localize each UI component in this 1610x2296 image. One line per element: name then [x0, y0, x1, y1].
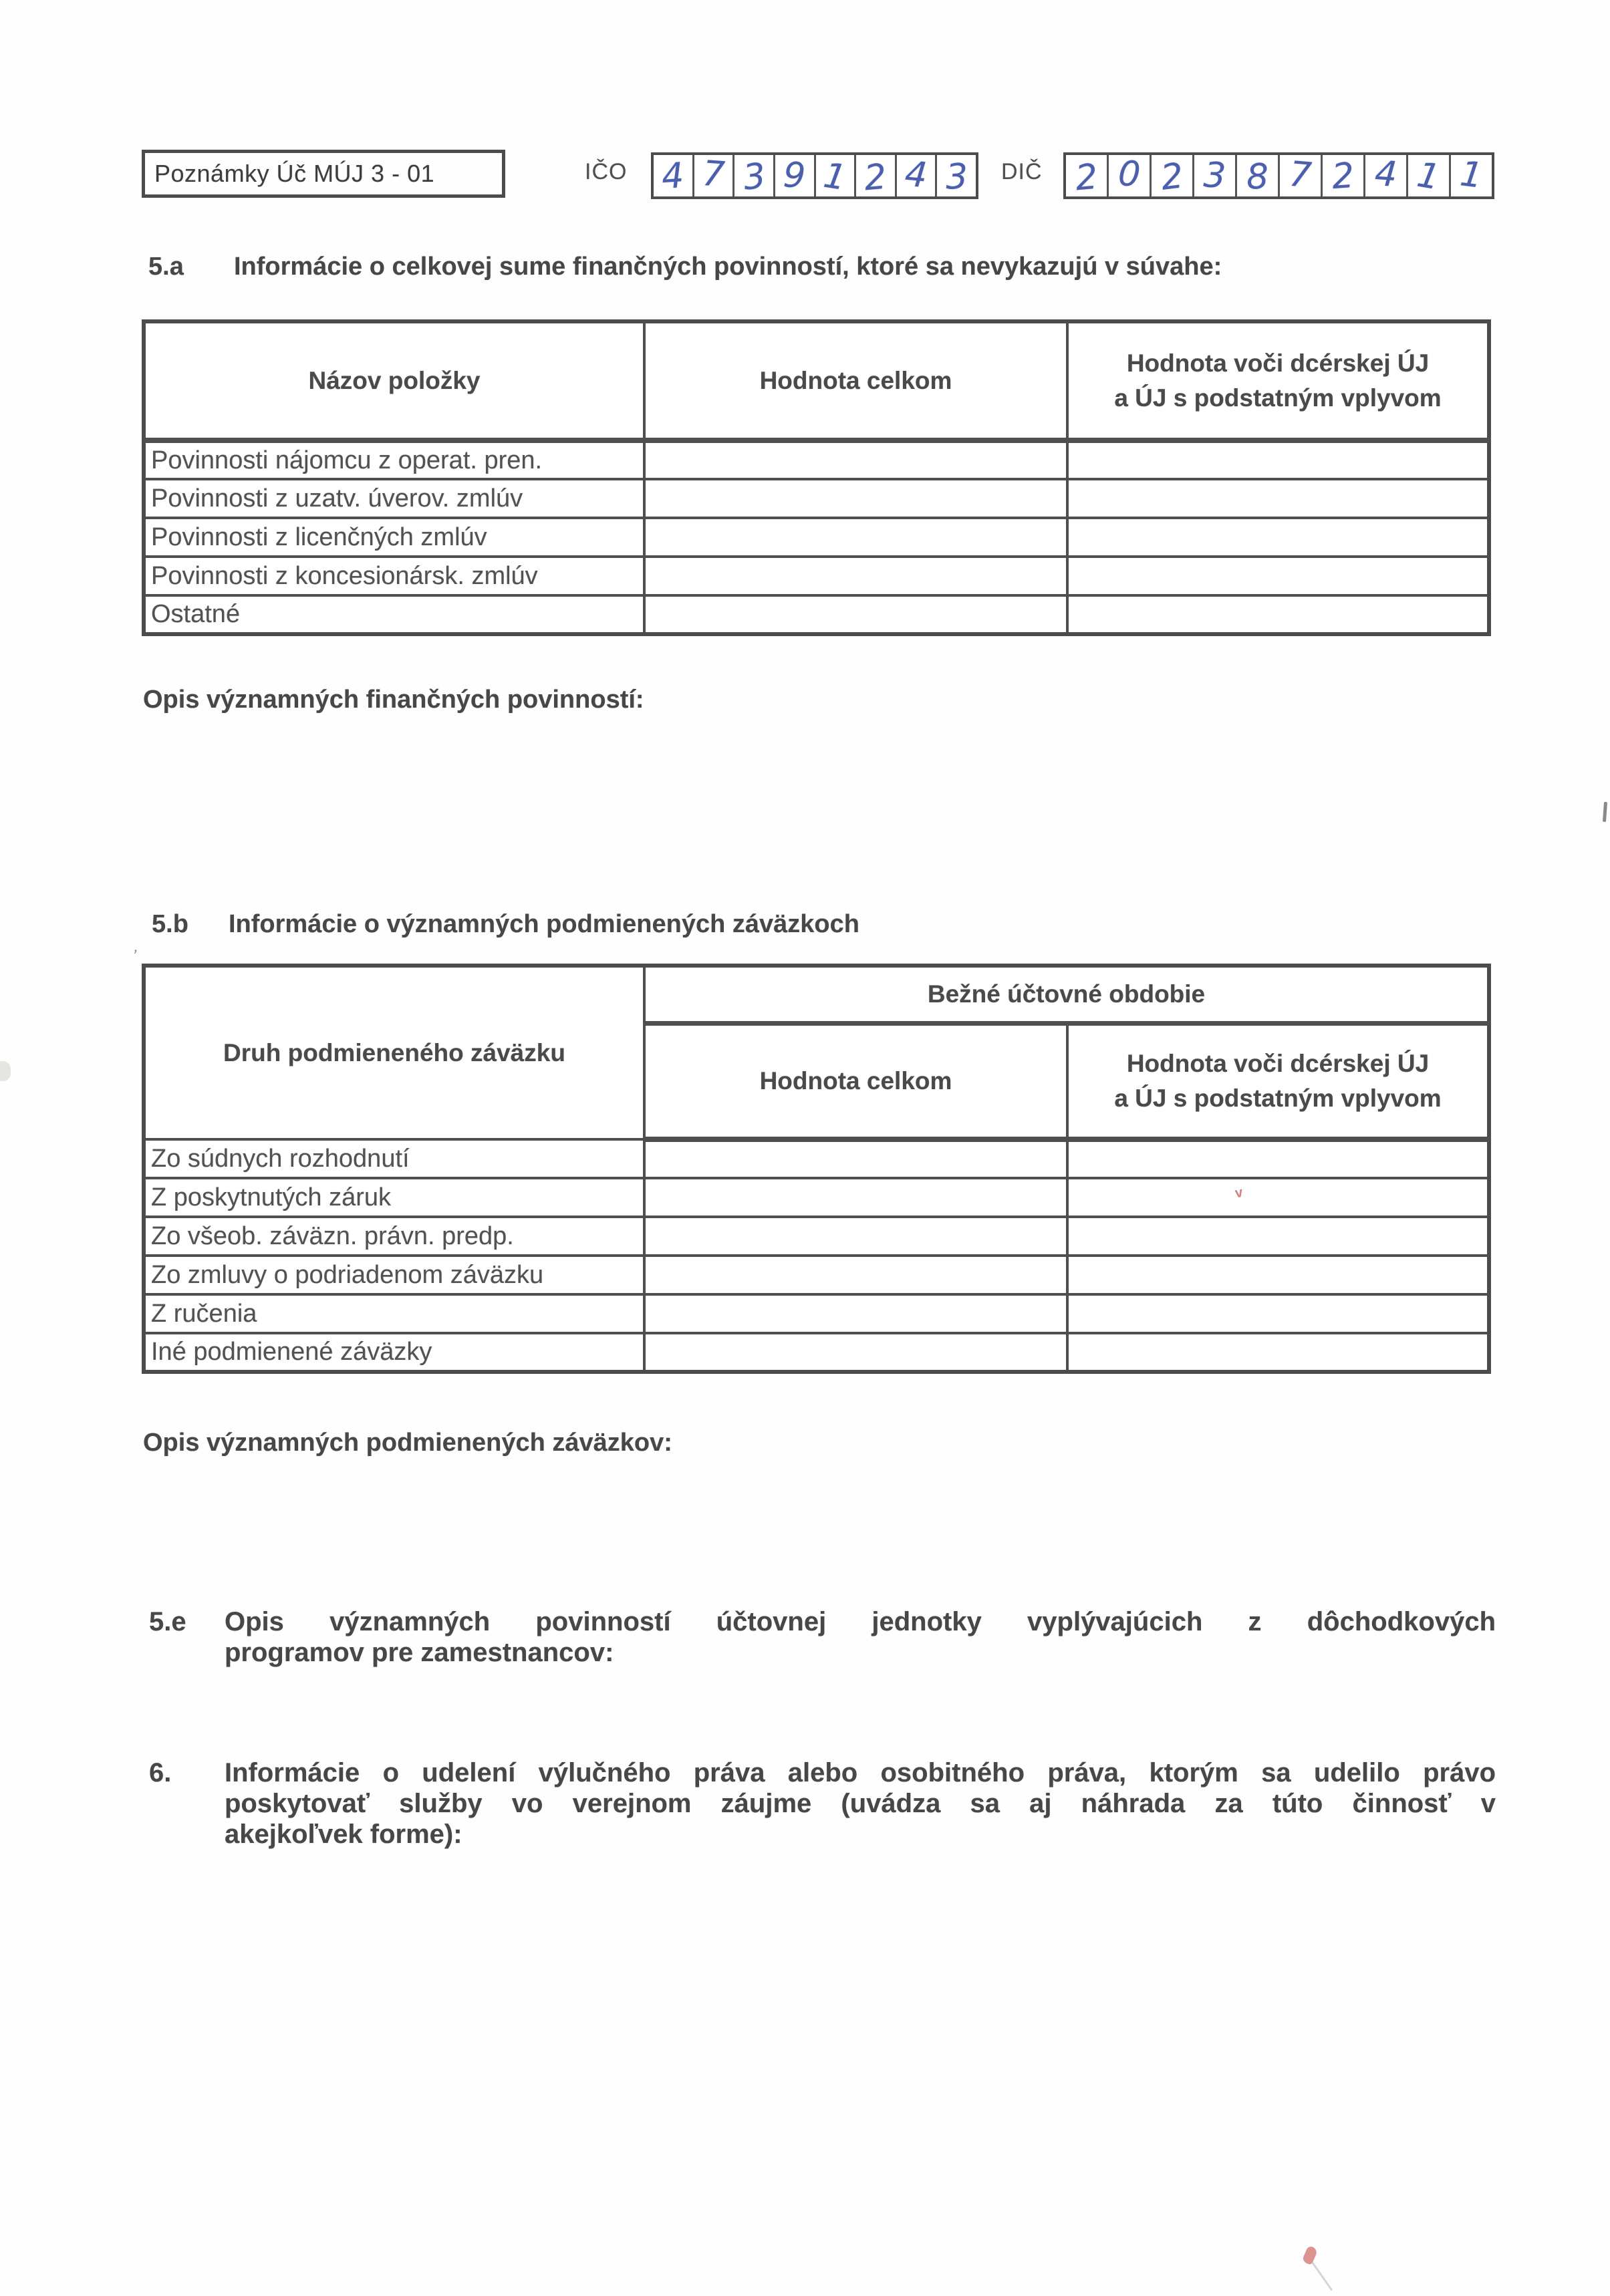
- section-5a-title: Informácie o celkovej sume finančných po…: [234, 253, 1222, 281]
- section-5e-line2: programov pre zamestnancov:: [225, 1637, 614, 1668]
- ico-digit-cell: 4: [654, 155, 694, 196]
- row-label: Povinnosti z licenčných zmlúv: [144, 518, 644, 557]
- pen-mark-tail: [1311, 2261, 1333, 2291]
- value-cell: [644, 479, 1067, 518]
- handwritten-digit: 2: [1074, 157, 1099, 199]
- handwritten-digit: 3: [741, 156, 767, 198]
- ico-digit-cell: 2: [856, 155, 897, 196]
- row-label: Povinnosti z koncesionársk. zmlúv: [144, 557, 644, 595]
- handwritten-digit: 9: [783, 155, 807, 196]
- value-cell: [644, 1217, 1067, 1256]
- table-row: Zo všeob. záväzn. právn. predp.: [144, 1217, 1489, 1256]
- column-header-line: a ÚJ s podstatným vplyvom: [1069, 1081, 1486, 1116]
- table-row: Z ručenia: [144, 1294, 1489, 1333]
- column-header: Druh podmieneného záväzku: [144, 966, 644, 1139]
- ico-digit-grid: 4 7 3 9 1 2 4 3: [651, 152, 978, 199]
- form-code-label: Poznámky Úč MÚJ 3 - 01: [154, 160, 434, 187]
- value-cell: [1067, 479, 1489, 518]
- column-header: Hodnota voči dcérskej ÚJ a ÚJ s podstatn…: [1067, 1023, 1489, 1139]
- handwritten-digit: 3: [945, 156, 968, 197]
- description-heading-contingent: Opis významných podmienených záväzkov:: [143, 1429, 672, 1457]
- value-cell: [1067, 1139, 1489, 1178]
- row-label: Zo zmluvy o podriadenom záväzku: [144, 1256, 644, 1294]
- handwritten-digit: 1: [821, 156, 849, 198]
- value-cell: [1067, 1333, 1489, 1372]
- value-cell: [1067, 1294, 1489, 1333]
- dic-digit-cell: 2: [1066, 155, 1109, 196]
- handwritten-digit: 8: [1246, 156, 1269, 197]
- ico-digit-cell: 1: [816, 155, 857, 196]
- section-6-line1: Informácie o udelení výlučného práva ale…: [225, 1757, 1496, 1788]
- handwritten-digit: 4: [1373, 154, 1398, 195]
- section-5e-line1: Opis významných povinností účtovnej jedn…: [225, 1606, 1496, 1637]
- value-cell: [644, 557, 1067, 595]
- dic-digit-cell: 2: [1323, 155, 1365, 196]
- table-row: Zo zmluvy o podriadenom záväzku: [144, 1256, 1489, 1294]
- table-row: Iné podmienené záväzky: [144, 1333, 1489, 1372]
- financial-obligations-table: Názov položky Hodnota celkom Hodnota voč…: [142, 319, 1491, 636]
- column-header: Hodnota celkom: [644, 321, 1067, 440]
- dic-digit-cell: 1: [1408, 155, 1451, 196]
- ico-digit-cell: 9: [775, 155, 816, 196]
- column-header-line: a ÚJ s podstatným vplyvom: [1069, 381, 1486, 416]
- handwritten-digit: 2: [863, 157, 888, 199]
- value-cell: [1067, 1217, 1489, 1256]
- handwritten-digit: 2: [1159, 156, 1186, 198]
- dic-digit-cell: 7: [1280, 155, 1323, 196]
- handwritten-digit: 7: [701, 154, 726, 195]
- section-5a-number: 5.a: [148, 253, 184, 281]
- ico-digit-cell: 4: [897, 155, 938, 196]
- dic-digit-cell: 3: [1194, 155, 1237, 196]
- section-5e-number: 5.e: [149, 1606, 186, 1637]
- section-6-line3: akejkoľvek forme):: [225, 1819, 462, 1850]
- row-label: Zo všeob. záväzn. právn. predp.: [144, 1217, 644, 1256]
- row-label: Z ručenia: [144, 1294, 644, 1333]
- period-header: Bežné účtovné obdobie: [644, 966, 1489, 1023]
- table-row: Povinnosti z licenčných zmlúv: [144, 518, 1489, 557]
- value-cell: [644, 440, 1067, 479]
- table-row: Povinnosti nájomcu z operat. pren.: [144, 440, 1489, 479]
- ico-label: IČO: [585, 159, 627, 185]
- handwritten-digit: 2: [1331, 156, 1355, 197]
- value-cell: [644, 1178, 1067, 1217]
- table-row: Povinnosti z uzatv. úverov. zmlúv: [144, 479, 1489, 518]
- value-cell: [1067, 1256, 1489, 1294]
- value-cell: [644, 518, 1067, 557]
- value-cell: [1067, 440, 1489, 479]
- value-cell: [1067, 557, 1489, 595]
- value-cell: [1067, 595, 1489, 634]
- value-cell: [1067, 1178, 1489, 1217]
- scan-speck-comma: ʼ: [130, 946, 138, 967]
- form-code-box: Poznámky Úč MÚJ 3 - 01: [142, 150, 505, 198]
- section-6-number: 6.: [149, 1757, 171, 1788]
- handwritten-digit: 1: [1458, 154, 1485, 196]
- dic-digit-cell: 8: [1237, 155, 1280, 196]
- dic-label: DIČ: [1001, 159, 1043, 185]
- dic-digit-cell: 4: [1365, 155, 1408, 196]
- dic-digit-cell: 1: [1451, 155, 1492, 196]
- row-label: Zo súdnych rozhodnutí: [144, 1139, 644, 1178]
- handwritten-digit: 1: [1414, 155, 1443, 198]
- column-header-line: Hodnota voči dcérskej ÚJ: [1069, 346, 1486, 381]
- ico-digit-cell: 7: [694, 155, 735, 196]
- table-row: Zo súdnych rozhodnutí: [144, 1139, 1489, 1178]
- handwritten-digit: 3: [1202, 155, 1226, 196]
- column-header-line: Hodnota voči dcérskej ÚJ: [1069, 1046, 1486, 1081]
- value-cell: [644, 1333, 1067, 1372]
- section-6-line2: poskytovať služby vo verejnom záujme (uv…: [225, 1788, 1496, 1819]
- value-cell: [644, 1256, 1067, 1294]
- pink-pen-mark: [1301, 2245, 1318, 2265]
- dic-digit-cell: 2: [1152, 155, 1194, 196]
- handwritten-digit: 0: [1117, 154, 1142, 195]
- ico-digit-cell: 3: [937, 155, 976, 196]
- ico-digit-cell: 3: [734, 155, 775, 196]
- row-label: Povinnosti z uzatv. úverov. zmlúv: [144, 479, 644, 518]
- section-5b-title: Informácie o významných podmienených záv…: [229, 910, 859, 939]
- dic-digit-cell: 0: [1109, 155, 1152, 196]
- column-header: Názov položky: [144, 321, 644, 440]
- table-row: Povinnosti z koncesionársk. zmlúv: [144, 557, 1489, 595]
- row-label: Iné podmienené záväzky: [144, 1333, 644, 1372]
- description-heading-financial: Opis významných finančných povinností:: [143, 686, 644, 714]
- value-cell: [1067, 518, 1489, 557]
- table-row: Ostatné: [144, 595, 1489, 634]
- handwritten-digit: 4: [904, 154, 929, 196]
- dic-digit-grid: 2 0 2 3 8 7 2 4 1 1: [1063, 152, 1494, 199]
- value-cell: [644, 595, 1067, 634]
- column-header: Hodnota voči dcérskej ÚJ a ÚJ s podstatn…: [1067, 321, 1489, 440]
- table-row: Z poskytnutých záruk: [144, 1178, 1489, 1217]
- row-label: Ostatné: [144, 595, 644, 634]
- row-label: Z poskytnutých záruk: [144, 1178, 644, 1217]
- value-cell: [644, 1139, 1067, 1178]
- section-5b-number: 5.b: [152, 910, 188, 939]
- handwritten-digit: 7: [1287, 154, 1313, 196]
- value-cell: [644, 1294, 1067, 1333]
- red-pen-mark: ᵥ: [1233, 1176, 1256, 1199]
- handwritten-digit: 4: [660, 156, 685, 197]
- scan-speck-right-edge: [1603, 802, 1607, 822]
- scan-edge-smudge: [0, 1061, 11, 1081]
- contingent-liabilities-table: Druh podmieneného záväzku Bežné účtovné …: [142, 964, 1491, 1374]
- column-header: Hodnota celkom: [644, 1023, 1067, 1139]
- row-label: Povinnosti nájomcu z operat. pren.: [144, 440, 644, 479]
